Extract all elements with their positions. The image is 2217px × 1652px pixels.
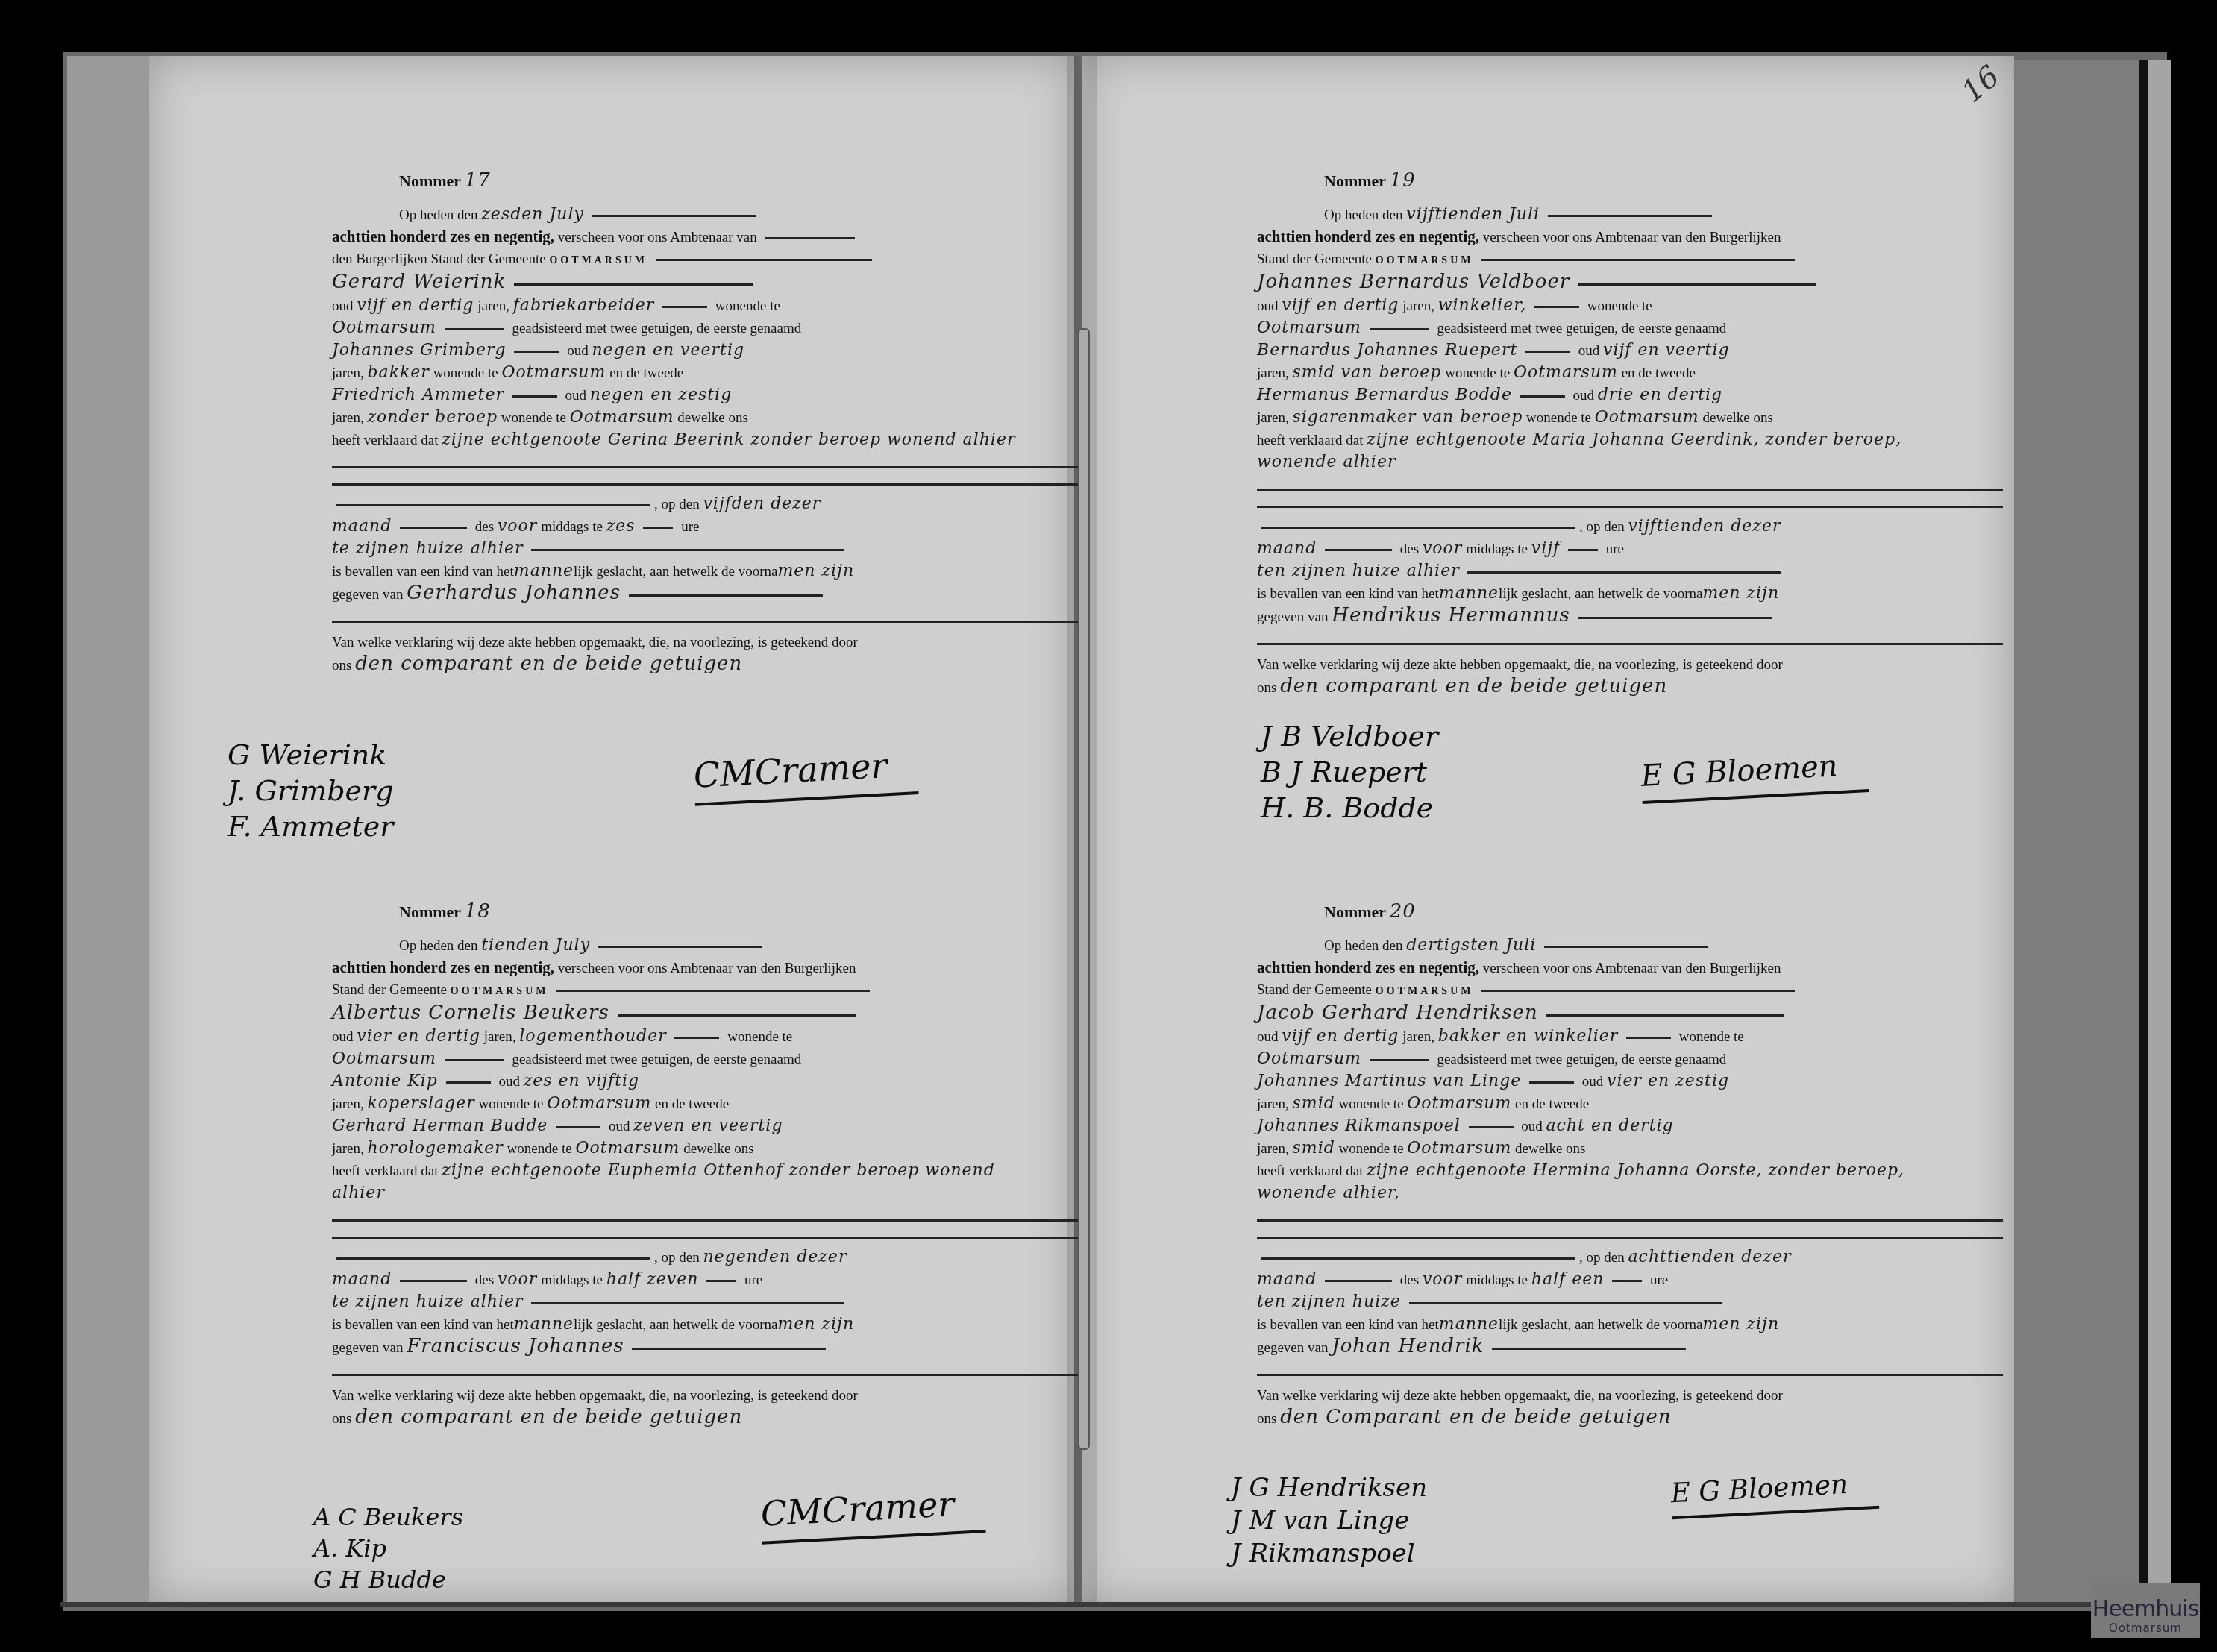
birth-act: Nommer 20 Op heden den dertigsten Juli a… <box>1257 901 2003 1430</box>
signature: F. Ammeter <box>228 810 394 843</box>
witness1-age: negen en veertig <box>592 341 744 359</box>
witness1-age: vier en zestig <box>1607 1072 1729 1090</box>
printed-text: verscheen voor ons Ambtenaar van den Bur… <box>1483 961 1781 976</box>
blank-line <box>1325 549 1392 551</box>
birth-hour: half een <box>1531 1270 1605 1289</box>
witness1-residence: Ootmarsum <box>501 363 606 382</box>
blank-line <box>332 1219 1078 1222</box>
printed-text: lijk geslacht, aan hetwelk de voorna <box>1499 1317 1702 1333</box>
witness1-name: Johannes Grimberg <box>332 341 507 359</box>
birth-month: maand <box>332 517 392 536</box>
signature: J Rikmanspoel <box>1231 1539 1427 1568</box>
blank-line <box>656 259 872 261</box>
printed-text: is bevallen van een kind van het <box>332 564 514 580</box>
blank-line <box>514 283 753 286</box>
printed-text: oud <box>609 1119 630 1134</box>
printed-text: wonende te <box>1339 1141 1404 1157</box>
municipality: OOTMARSUM <box>549 255 647 266</box>
signature: H. B. Bodde <box>1261 791 1438 824</box>
witness2-name: Hermanus Bernardus Bodde <box>1257 386 1512 404</box>
signature: J G Hendriksen <box>1231 1473 1427 1503</box>
act-number-label: Nommer <box>1324 172 1386 190</box>
printed-text: oud <box>332 1029 354 1045</box>
printed-text: is bevallen van een kind van het <box>1257 586 1439 602</box>
witness1-occupation: smid <box>1292 1094 1335 1113</box>
birth-month: maand <box>332 1270 392 1289</box>
witness2-residence: Ootmarsum <box>570 408 674 427</box>
printed-text: , op den <box>1579 1250 1625 1266</box>
printed-text: oud <box>1257 298 1279 314</box>
declarant-residence: Ootmarsum <box>332 318 436 337</box>
declarant-name: Gerard Weierink <box>332 271 506 293</box>
blank-line <box>332 1237 1078 1239</box>
act-number-label: Nommer <box>399 902 461 921</box>
blank-line <box>1568 549 1598 551</box>
printed-text: geadsisteerd met twee getuigen, de eerst… <box>1437 1052 1726 1067</box>
witness1-residence: Ootmarsum <box>1514 363 1618 382</box>
printed-text: oud <box>567 343 589 359</box>
printed-text: Stand der Gemeente <box>1257 251 1372 267</box>
printed-text: wonende te <box>507 1141 572 1157</box>
signature: B J Ruepert <box>1261 756 1438 788</box>
printed-text: Op heden den <box>1324 938 1403 954</box>
signed-by: den comparant en de beide getuigen <box>1280 675 1667 697</box>
municipality: OOTMARSUM <box>1376 986 1474 997</box>
signature: J B Veldboer <box>1261 720 1438 753</box>
blank-line <box>1257 489 2003 491</box>
printed-text: oud <box>565 388 586 403</box>
blank-line <box>556 990 870 992</box>
printed-text: heeft verklaard dat <box>332 1163 438 1179</box>
witness1-occupation: smid van beroep <box>1292 363 1441 382</box>
printed-text: wonende te <box>727 1029 792 1045</box>
child-sex: manne <box>514 1315 574 1334</box>
printed-text: gegeven van <box>1257 609 1328 625</box>
declarant-age: vijf en dertig <box>1282 296 1399 315</box>
printed-text: wonende te <box>1445 365 1510 381</box>
voornamen-suffix: men zijn <box>1702 584 1779 603</box>
witness1-name: Antonie Kip <box>332 1072 438 1090</box>
blank-line <box>400 1280 467 1282</box>
printed-text: Op heden den <box>399 938 478 954</box>
voornamen-suffix: men zijn <box>777 1315 854 1334</box>
printed-text: dewelke ons <box>677 410 747 426</box>
printed-text: dewelke ons <box>1702 410 1772 426</box>
act-date: vijftienden Juli <box>1406 205 1540 224</box>
birth-day: vijfden dezer <box>703 494 821 513</box>
witness2-name: Gerhard Herman Budde <box>332 1116 548 1135</box>
printed-text: Op heden den <box>399 207 478 223</box>
printed-text: middags te <box>541 1272 603 1288</box>
printed-text: is bevallen van een kind van het <box>1257 1317 1439 1333</box>
printed-text: ure <box>1650 1272 1668 1288</box>
act-date: tienden July <box>481 936 590 955</box>
printed-text: oud <box>498 1074 520 1090</box>
printed-text: des <box>475 1272 494 1288</box>
printed-text: oud <box>1578 343 1600 359</box>
book-cover-strip <box>2014 60 2141 1604</box>
printed-text: middags te <box>1466 1272 1528 1288</box>
birth-day: achttienden dezer <box>1628 1248 1791 1266</box>
printed-text: Van welke verklaring wij deze akte hebbe… <box>332 635 858 650</box>
child-names: Franciscus Johannes <box>407 1335 624 1357</box>
birth-place: ten zijnen huize alhier <box>1257 562 1460 580</box>
signature: J M van Linge <box>1231 1506 1427 1536</box>
witness2-age: negen en zestig <box>590 386 733 404</box>
printed-text: heeft verklaard dat <box>1257 433 1363 448</box>
printed-text: heeft verklaard dat <box>332 433 438 448</box>
signed-by: den Comparant en de beide getuigen <box>1280 1406 1671 1428</box>
witness2-residence: Ootmarsum <box>1407 1139 1511 1158</box>
declarant-residence: Ootmarsum <box>1257 1049 1361 1068</box>
witness1-occupation: bakker <box>367 363 429 382</box>
printed-text: geadsisteerd met twee getuigen, de eerst… <box>1437 321 1726 336</box>
witness2-occupation: zonder beroep <box>367 408 498 427</box>
blank-line <box>512 395 557 398</box>
spouse-statement: zijne echtgenoote Gerina Beerink zonder … <box>442 430 1015 449</box>
witness1-residence: Ootmarsum <box>547 1094 651 1113</box>
signature: A C Beukers <box>313 1503 463 1531</box>
signature: G H Budde <box>313 1565 463 1594</box>
blank-line <box>332 466 1078 468</box>
blank-line <box>1520 395 1565 398</box>
printed-text: jaren, <box>332 1096 364 1112</box>
declarant-age: vijf en dertig <box>357 296 474 315</box>
act-date: dertigsten Juli <box>1406 936 1536 955</box>
printed-text: wonende te <box>1526 410 1591 426</box>
municipality: OOTMARSUM <box>451 986 549 997</box>
witness2-occupation: horologemaker <box>367 1139 503 1158</box>
birth-place: te zijnen huize alhier <box>332 1293 524 1311</box>
printed-text: achttien honderd zes en negentig, <box>332 227 554 245</box>
printed-text: verscheen voor ons Ambtenaar van den Bur… <box>1483 230 1781 245</box>
declarant-occupation: logementhouder <box>519 1027 666 1046</box>
printed-text: jaren, <box>1257 410 1289 426</box>
blank-line <box>1370 328 1429 330</box>
birth-hour: half zeven <box>606 1270 699 1289</box>
blank-line <box>1626 1037 1671 1039</box>
blank-line <box>445 328 504 330</box>
printed-text: wonende te <box>1679 1029 1744 1045</box>
printed-text: jaren, <box>1257 1141 1289 1157</box>
printed-text: jaren, <box>1257 1096 1289 1112</box>
printed-text: middags te <box>541 519 603 535</box>
child-names: Johan Hendrik <box>1332 1335 1484 1357</box>
declarant-residence: Ootmarsum <box>332 1049 436 1068</box>
blank-line <box>674 1037 719 1039</box>
printed-text: Van welke verklaring wij deze akte hebbe… <box>1257 1388 1783 1404</box>
act-date: zesden July <box>481 205 584 224</box>
signature: J. Grimberg <box>228 774 394 807</box>
signature: A. Kip <box>313 1534 463 1563</box>
blank-line <box>1578 617 1772 619</box>
printed-text: wonende te <box>1339 1096 1404 1112</box>
blank-line <box>1370 1059 1429 1061</box>
witness2-age: drie en dertig <box>1598 386 1722 404</box>
printed-text: jaren, <box>332 365 364 381</box>
printed-text: en de tweede <box>609 365 683 381</box>
printed-text: jaren, <box>1402 1029 1434 1045</box>
printed-text: lijk geslacht, aan hetwelk de voorna <box>1499 586 1702 602</box>
blank-line <box>1481 990 1795 992</box>
declarant-occupation: winkelier, <box>1438 296 1527 315</box>
binding-thread <box>1078 328 1090 1450</box>
witness2-name: Friedrich Ammeter <box>332 386 504 404</box>
blank-line <box>400 527 467 529</box>
blank-line <box>332 483 1078 486</box>
signature-block: A C Beukers A. Kip G H Budde <box>313 1503 463 1597</box>
signature: G Weierink <box>228 738 394 771</box>
child-sex: manne <box>1439 584 1499 603</box>
printed-text: oud <box>1521 1119 1543 1134</box>
printed-text: jaren, <box>332 1141 364 1157</box>
declarant-name: Johannes Bernardus Veldboer <box>1257 271 1570 293</box>
birth-act: Nommer 17 Op heden den zesden July achtt… <box>332 170 1078 676</box>
printed-text: Van welke verklaring wij deze akte hebbe… <box>332 1388 858 1404</box>
printed-text: wonende te <box>501 410 566 426</box>
blank-line <box>1544 946 1708 948</box>
printed-text: des <box>1400 541 1419 557</box>
printed-text: , op den <box>1579 519 1625 535</box>
printed-text: ons <box>1257 680 1276 696</box>
watermark-sub: Ootmarsum <box>2091 1621 2200 1635</box>
printed-text: den Burgerlijken Stand der Gemeente <box>332 251 546 267</box>
printed-text: wonende te <box>1587 298 1652 314</box>
printed-text: en de tweede <box>1515 1096 1589 1112</box>
witness2-occupation: smid <box>1292 1139 1335 1158</box>
declarant-occupation: fabriekarbeider <box>513 296 655 315</box>
voornamen-suffix: men zijn <box>1702 1315 1779 1334</box>
printed-text: oud <box>332 298 354 314</box>
blank-line <box>1257 643 2003 645</box>
blank-line <box>1534 306 1579 308</box>
witness2-age: acht en dertig <box>1546 1116 1674 1135</box>
birth-place: te zijnen huize alhier <box>332 539 524 558</box>
printed-text: oud <box>1582 1074 1604 1090</box>
blank-line <box>531 1302 844 1304</box>
blank-line <box>643 527 673 529</box>
printed-text: oud <box>1572 388 1594 403</box>
witness1-occupation: koperslager <box>367 1094 474 1113</box>
blank-line <box>1525 351 1570 353</box>
act-number: 18 <box>465 900 491 923</box>
witness2-age: zeven en veertig <box>633 1116 783 1135</box>
printed-text: ure <box>681 519 699 535</box>
printed-text: lijk geslacht, aan hetwelk de voorna <box>574 564 777 580</box>
printed-text: dewelke ons <box>683 1141 753 1157</box>
printed-text: jaren, <box>1402 298 1434 314</box>
witness1-residence: Ootmarsum <box>1407 1094 1511 1113</box>
printed-text: heeft verklaard dat <box>1257 1163 1363 1179</box>
signature-block: J B Veldboer B J Ruepert H. B. Bodde <box>1261 720 1438 827</box>
birth-part-of-day: voor <box>498 517 537 536</box>
act-number-label: Nommer <box>399 172 461 190</box>
printed-text: , op den <box>654 497 700 512</box>
birth-day: negenden dezer <box>703 1248 847 1266</box>
blank-line <box>332 1374 1078 1376</box>
signed-by: den comparant en de beide getuigen <box>355 653 742 675</box>
heemhuis-watermark: Heemhuis Ootmarsum <box>2091 1583 2200 1638</box>
signature-block: G Weierink J. Grimberg F. Ammeter <box>228 738 394 846</box>
printed-text: ons <box>332 658 351 673</box>
birth-day: vijftienden dezer <box>1628 517 1781 536</box>
printed-text: gegeven van <box>332 1340 403 1356</box>
witness1-name: Bernardus Johannes Ruepert <box>1257 341 1517 359</box>
signature-block: J G Hendriksen J M van Linge J Rikmanspo… <box>1231 1473 1427 1571</box>
printed-text: gegeven van <box>1257 1340 1328 1356</box>
blank-line <box>1261 1257 1575 1260</box>
printed-text: geadsisteerd met twee getuigen, de eerst… <box>512 1052 801 1067</box>
printed-text: Stand der Gemeente <box>1257 982 1372 998</box>
blank-line <box>618 1014 856 1017</box>
blank-line <box>514 351 559 353</box>
printed-text: , op den <box>654 1250 700 1266</box>
printed-text: wonende te <box>715 298 780 314</box>
printed-text: achttien honderd zes en negentig, <box>1257 958 1479 976</box>
act-number: 17 <box>465 169 491 192</box>
voornamen-suffix: men zijn <box>777 562 854 580</box>
printed-text: en de tweede <box>655 1096 729 1112</box>
blank-line <box>1257 1219 2003 1222</box>
blank-line <box>1467 571 1781 574</box>
printed-text: jaren, <box>332 410 364 426</box>
witness2-residence: Ootmarsum <box>575 1139 680 1158</box>
birth-month: maand <box>1257 1270 1317 1289</box>
witness1-age: vijf en veertig <box>1603 341 1730 359</box>
blank-line <box>629 594 823 597</box>
witness1-age: zes en vijftig <box>524 1072 639 1090</box>
blank-line <box>706 1280 736 1282</box>
printed-text: verscheen voor ons Ambtenaar van <box>558 230 757 245</box>
birth-month: maand <box>1257 539 1317 558</box>
witness2-occupation: sigarenmaker van beroep <box>1292 408 1523 427</box>
declarant-age: vier en dertig <box>357 1027 480 1046</box>
blank-line <box>332 621 1078 623</box>
child-names: Hendrikus Hermannus <box>1332 604 1570 626</box>
birth-act: Nommer 18 Op heden den tienden July acht… <box>332 901 1078 1430</box>
act-number-label: Nommer <box>1324 902 1386 921</box>
printed-text: jaren, <box>484 1029 516 1045</box>
blank-line <box>598 946 762 948</box>
blank-line <box>336 504 650 506</box>
witness1-name: Johannes Martinus van Linge <box>1257 1072 1521 1090</box>
blank-line <box>446 1081 491 1084</box>
printed-text: des <box>1400 1272 1419 1288</box>
declarant-name: Jacob Gerhard Hendriksen <box>1257 1002 1538 1024</box>
declarant-residence: Ootmarsum <box>1257 318 1361 337</box>
printed-text: wonende te <box>479 1096 544 1112</box>
declarant-name: Albertus Cornelis Beukers <box>332 1002 609 1024</box>
birth-hour: zes <box>606 517 636 536</box>
book-edge-paper <box>2148 60 2171 1604</box>
printed-text: jaren, <box>1257 365 1289 381</box>
watermark-brand: Heemhuis <box>2091 1596 2200 1622</box>
blank-line <box>592 215 756 217</box>
blank-line <box>1548 215 1712 217</box>
blank-line <box>632 1348 826 1350</box>
printed-text: achttien honderd zes en negentig, <box>1257 227 1479 245</box>
act-number: 20 <box>1390 900 1416 923</box>
printed-text: ons <box>332 1411 351 1427</box>
municipality: OOTMARSUM <box>1376 255 1474 266</box>
child-sex: manne <box>1439 1315 1499 1334</box>
birth-part-of-day: voor <box>498 1270 537 1289</box>
printed-text: Van welke verklaring wij deze akte hebbe… <box>1257 657 1783 673</box>
blank-line <box>1612 1280 1642 1282</box>
printed-text: verscheen voor ons Ambtenaar van den Bur… <box>558 961 856 976</box>
blank-line <box>556 1126 600 1128</box>
blank-line <box>531 549 844 551</box>
blank-line <box>1409 1302 1722 1304</box>
printed-text: Stand der Gemeente <box>332 982 447 998</box>
blank-line <box>445 1059 504 1061</box>
printed-text: Op heden den <box>1324 207 1403 223</box>
printed-text: des <box>475 519 494 535</box>
blank-line <box>1492 1348 1686 1350</box>
witness2-residence: Ootmarsum <box>1595 408 1699 427</box>
printed-text: lijk geslacht, aan hetwelk de voorna <box>574 1317 777 1333</box>
blank-line <box>1481 259 1795 261</box>
printed-text: achttien honderd zes en negentig, <box>332 958 554 976</box>
birth-part-of-day: voor <box>1423 539 1462 558</box>
birth-part-of-day: voor <box>1423 1270 1462 1289</box>
witness2-name: Johannes Rikmanspoel <box>1257 1116 1461 1135</box>
printed-text: dewelke ons <box>1515 1141 1585 1157</box>
blank-line <box>1325 1280 1392 1282</box>
printed-text: gegeven van <box>332 587 403 603</box>
declarant-occupation: bakker en winkelier <box>1438 1027 1619 1046</box>
declarant-age: vijf en dertig <box>1282 1027 1399 1046</box>
printed-text: wonende te <box>433 365 498 381</box>
printed-text: ure <box>744 1272 762 1288</box>
blank-line <box>1529 1081 1574 1084</box>
blank-line <box>336 1257 650 1260</box>
child-sex: manne <box>514 562 574 580</box>
blank-line <box>662 306 707 308</box>
printed-text: jaren, <box>477 298 509 314</box>
blank-line <box>1257 506 2003 508</box>
blank-line <box>1261 527 1575 529</box>
blank-line <box>1257 1374 2003 1376</box>
act-number: 19 <box>1390 169 1416 192</box>
blank-line <box>1546 1014 1784 1017</box>
blank-line <box>765 237 855 239</box>
printed-text: ure <box>1606 541 1624 557</box>
birth-act: Nommer 19 Op heden den vijftienden Juli … <box>1257 170 2003 699</box>
page-bottom-edge <box>60 1602 2171 1607</box>
printed-text: middags te <box>1466 541 1528 557</box>
blank-line <box>1257 1237 2003 1239</box>
printed-text: geadsisteerd met twee getuigen, de eerst… <box>512 321 801 336</box>
printed-text: ons <box>1257 1411 1276 1427</box>
printed-text: oud <box>1257 1029 1279 1045</box>
blank-line <box>1469 1126 1514 1128</box>
birth-place: ten zijnen huize <box>1257 1293 1401 1311</box>
printed-text: en de tweede <box>1622 365 1696 381</box>
printed-text: is bevallen van een kind van het <box>332 1317 514 1333</box>
signed-by: den comparant en de beide getuigen <box>355 1406 742 1428</box>
child-names: Gerhardus Johannes <box>407 582 621 604</box>
blank-line <box>1578 283 1816 286</box>
birth-hour: vijf <box>1531 539 1560 558</box>
book-spine-edge <box>2139 60 2148 1604</box>
